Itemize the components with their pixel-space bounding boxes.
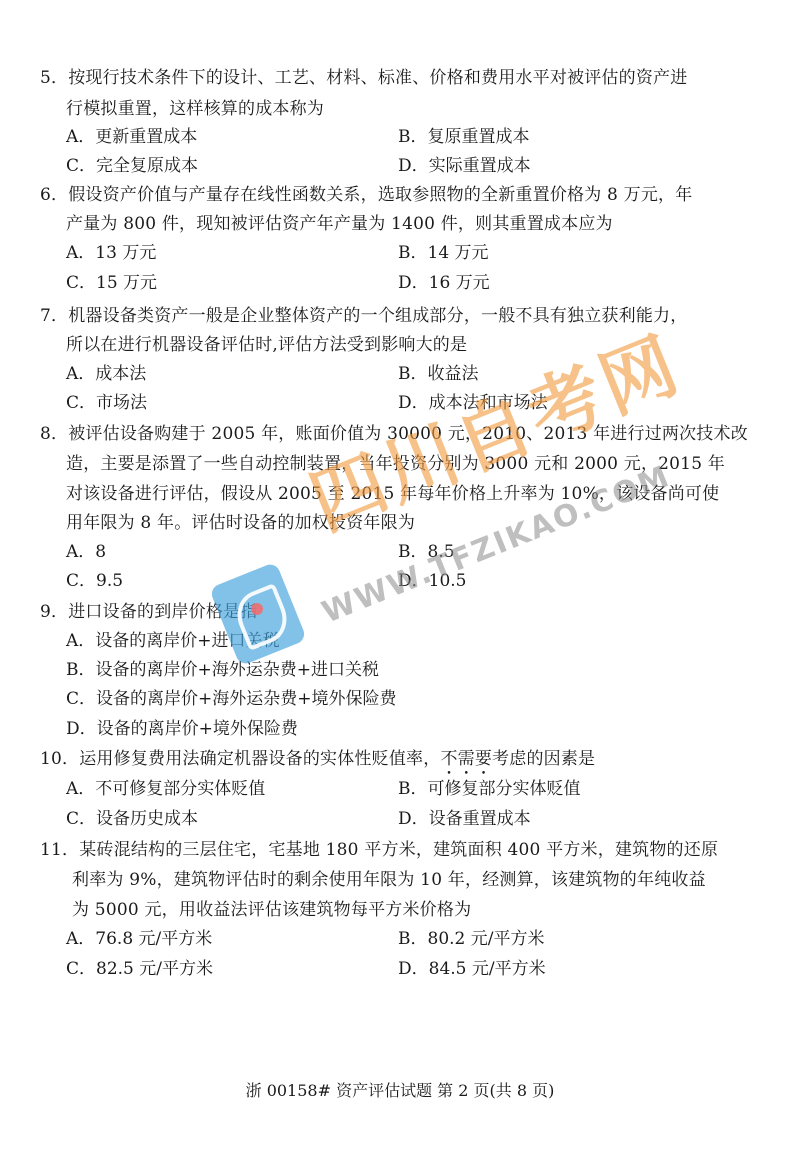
option-b: B．设备的离岸价+海外运杂费+进口关税: [66, 659, 379, 681]
option-b: B．可修复部分实体贬值: [398, 778, 581, 800]
option-c: C．9.5: [66, 570, 123, 592]
question-number: 6．: [40, 184, 68, 206]
question-8-line-1: 8．被评估设备购建于 2005 年，账面价值为 30000 元，2010、201…: [40, 423, 748, 445]
question-7-line-1: 7．机器设备类资产一般是企业整体资产的一个组成部分，一般不具有独立获利能力，: [40, 305, 687, 327]
question-6-line-1: 6．假设资产价值与产量存在线性函数关系，选取参照物的全新重置价格为 8 万元，年: [40, 184, 692, 206]
option-b: B．收益法: [398, 363, 479, 385]
question-number: 11．: [40, 839, 79, 861]
emphasized-text: 不需要: [440, 749, 492, 769]
question-number: 5．: [40, 67, 68, 89]
question-8-line-3: 对该设备进行评估，假设从 2005 至 2015 年每年价格上升率为 10%，该…: [66, 483, 719, 505]
question-7-line-2: 所以在进行机器设备评估时,评估方法受到影响大的是: [66, 334, 467, 356]
option-c: C．15 万元: [66, 272, 157, 294]
question-number: 9．: [40, 601, 68, 623]
question-5-line-1: 5．按现行技术条件下的设计、工艺、材料、标准、价格和费用水平对被评估的资产进: [40, 67, 687, 89]
option-d: D．84.5 元/平方米: [398, 958, 546, 980]
question-8-line-4: 用年限为 8 年。评估时设备的加权投资年限为: [66, 512, 415, 534]
option-a: A．成本法: [66, 363, 146, 385]
option-a: A．8: [66, 541, 106, 563]
option-d: D．设备的离岸价+境外保险费: [66, 718, 298, 740]
question-11-line-1: 11．某砖混结构的三层住宅，宅基地 180 平方米，建筑面积 400 平方米，建…: [40, 839, 718, 861]
question-11-line-2: 利率为 9%，建筑物评估时的剩余使用年限为 10 年，经测算，该建筑物的年纯收益: [72, 869, 706, 891]
option-c: C．完全复原成本: [66, 155, 198, 177]
question-8-line-2: 造，主要是添置了一些自动控制装置，当年投资分别为 3000 元和 2000 元，…: [66, 453, 725, 475]
option-a: A．不可修复部分实体贬值: [66, 778, 265, 800]
option-b: B．80.2 元/平方米: [398, 928, 544, 950]
question-5-line-2: 行模拟重置，这样核算的成本称为: [66, 98, 324, 120]
option-c: C．设备的离岸价+海外运杂费+境外保险费: [66, 688, 397, 710]
option-b: B．8.5: [398, 541, 455, 563]
option-d: D．成本法和市场法: [398, 392, 548, 414]
question-10-line-1: 10．运用修复费用法确定机器设备的实体性贬值率，不需要考虑的因素是: [40, 748, 595, 779]
question-number: 8．: [40, 423, 68, 445]
option-c: C．82.5 元/平方米: [66, 958, 213, 980]
option-b: B．14 万元: [398, 242, 489, 264]
question-6-line-2: 产量为 800 件，现知被评估资产年产量为 1400 件，则其重置成本应为: [66, 213, 613, 235]
option-c: C．市场法: [66, 392, 147, 414]
question-9-line-1: 9．进口设备的到岸价格是指: [40, 601, 257, 623]
question-number: 7．: [40, 305, 68, 327]
option-a: A．设备的离岸价+进口关税: [66, 630, 280, 652]
option-c: C．设备历史成本: [66, 808, 198, 830]
option-a: A．13 万元: [66, 242, 156, 264]
option-a: A．更新重置成本: [66, 126, 197, 148]
option-d: D．设备重置成本: [398, 808, 531, 830]
question-number: 10．: [40, 748, 79, 770]
exam-page: 5．按现行技术条件下的设计、工艺、材料、标准、价格和费用水平对被评估的资产进 行…: [0, 0, 800, 1151]
page-footer: 浙 00158# 资产评估试题 第 2 页(共 8 页): [0, 1080, 800, 1102]
option-b: B．复原重置成本: [398, 126, 530, 148]
option-d: D．10.5: [398, 570, 467, 592]
option-a: A．76.8 元/平方米: [66, 928, 212, 950]
question-11-line-3: 为 5000 元，用收益法评估该建筑物每平方米价格为: [72, 899, 471, 921]
option-d: D．16 万元: [398, 272, 490, 294]
option-d: D．实际重置成本: [398, 155, 531, 177]
